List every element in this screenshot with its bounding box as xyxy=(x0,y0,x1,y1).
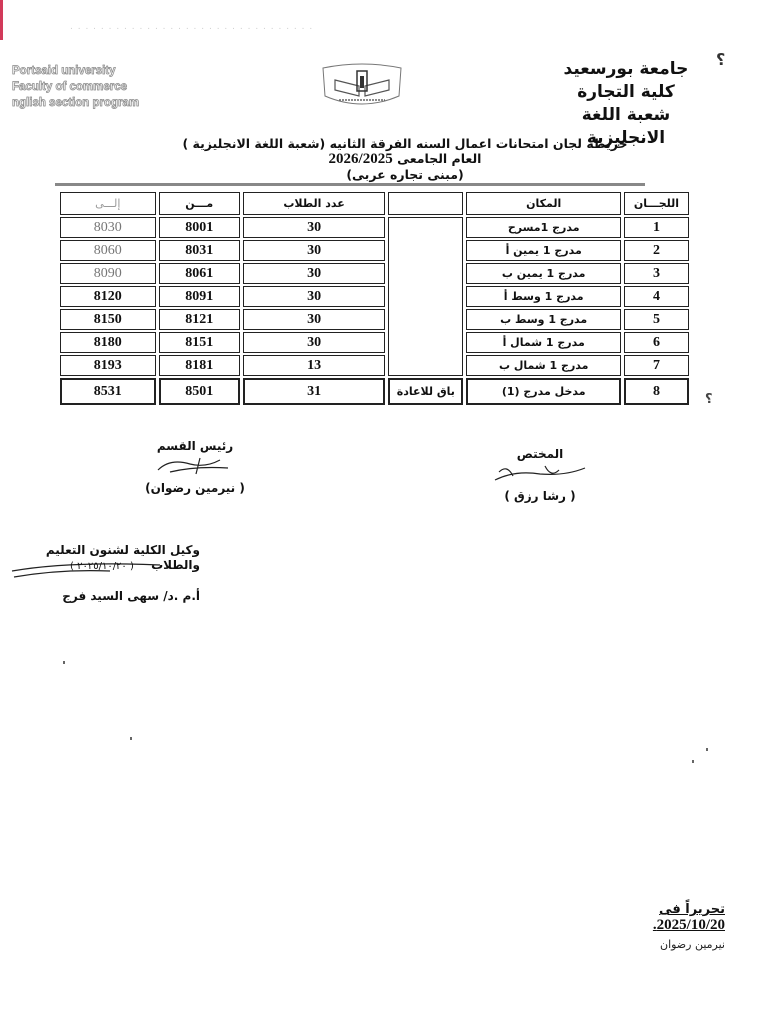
cell-committee: 7 xyxy=(624,355,689,376)
document-author: نيرمين رضوان xyxy=(585,938,725,951)
issue-date-line: تحريراً فى 2025/10/20. xyxy=(585,902,725,934)
cell-from: 8181 xyxy=(159,355,240,376)
cell-committee: 8 xyxy=(624,378,689,405)
cell-to: 8090 xyxy=(60,263,156,284)
cell-students-count: 13 xyxy=(243,355,385,376)
header-from: مـــن xyxy=(159,192,240,215)
cell-place: مدرج 1 يمين أ xyxy=(466,240,621,261)
faculty-name-en: Faculty of commerce xyxy=(12,79,187,95)
header-students-count: عدد الطلاب xyxy=(243,192,385,215)
dept-head-signature-block: رئيس القسم ( نيرمين رضوان) xyxy=(140,438,250,496)
cell-students-count: 30 xyxy=(243,309,385,330)
table-row: 4 مدرج 1 وسط أ 30 8091 8120 xyxy=(60,286,689,307)
faded-scan-text: . . . . . . . . . . . . . . . . . . . . … xyxy=(70,22,470,36)
header-place: المكان xyxy=(466,192,621,215)
academic-year-line: العام الجامعى 2026/2025 xyxy=(180,151,630,167)
cell-to: 8120 xyxy=(60,286,156,307)
issue-date-block: تحريراً فى 2025/10/20. نيرمين رضوان xyxy=(585,902,725,951)
cell-from: 8091 xyxy=(159,286,240,307)
table-row: 7 مدرج 1 شمال ب 13 8181 8193 xyxy=(60,355,689,376)
signature-scrawl-icon xyxy=(150,454,240,476)
cell-to: 8193 xyxy=(60,355,156,376)
dept-head-name: ( نيرمين رضوان) xyxy=(140,480,250,496)
cell-from: 8001 xyxy=(159,217,240,238)
table-row: 5 مدرج 1 وسط ب 30 8121 8150 xyxy=(60,309,689,330)
cell-from: 8501 xyxy=(159,378,240,405)
header-empty xyxy=(388,192,463,215)
specialist-name: ( رشا رزق ) xyxy=(480,488,600,504)
cell-place: مدرج 1 وسط أ xyxy=(466,286,621,307)
vice-dean-signature-block: وكيل الكلية لشنون التعليم والطلاب ( ٢٠٢٥… xyxy=(10,543,200,604)
cell-to: 8150 xyxy=(60,309,156,330)
institution-header-english: Portsaid university Faculty of commerce … xyxy=(12,63,187,111)
cell-place: مدرج 1مسرح xyxy=(466,217,621,238)
document-title: خريطه لجان امتحانات اعمال السنه الفرقة ا… xyxy=(180,136,630,182)
cell-from: 8151 xyxy=(159,332,240,353)
program-name-en: nglish section program xyxy=(12,95,187,111)
university-name-en: Portsaid university xyxy=(12,63,187,79)
building-name: (مبنى تجاره عربى) xyxy=(180,167,630,182)
table-top-rule xyxy=(55,183,645,186)
cell-students-count: 30 xyxy=(243,286,385,307)
faculty-name-ar: كلية التجارة xyxy=(546,81,706,104)
specialist-title: المختص xyxy=(480,446,600,462)
header-to: إلـــى xyxy=(60,192,156,215)
scan-edge-artifact xyxy=(0,0,3,40)
table-row-repeat-students: 8 مدخل مدرج (1) باق للاعادة 31 8501 8531 xyxy=(60,378,689,405)
cell-committee: 2 xyxy=(624,240,689,261)
handwritten-corner-mark: ؟ xyxy=(716,50,725,69)
committee-schedule-table: اللجـــان المكان عدد الطلاب مـــن إلـــى… xyxy=(57,190,692,407)
scan-speck xyxy=(130,737,132,740)
cell-committee: 1 xyxy=(624,217,689,238)
scan-speck xyxy=(692,760,694,763)
cell-to: 8531 xyxy=(60,378,156,405)
cell-students-count: 30 xyxy=(243,263,385,284)
table-row: 2 مدرج 1 يمين أ 30 8031 8060 xyxy=(60,240,689,261)
cell-from: 8121 xyxy=(159,309,240,330)
dept-head-title: رئيس القسم xyxy=(140,438,250,454)
cell-students-count: 31 xyxy=(243,378,385,405)
handwritten-side-mark: ؟ xyxy=(705,392,713,407)
cell-from: 8031 xyxy=(159,240,240,261)
cell-committee: 4 xyxy=(624,286,689,307)
signature-scrawl-icon xyxy=(485,462,595,484)
scan-speck xyxy=(63,661,65,664)
cell-to: 8060 xyxy=(60,240,156,261)
cell-students-count: 30 xyxy=(243,332,385,353)
cell-students-count: 30 xyxy=(243,217,385,238)
cell-place: مدرج 1 وسط ب xyxy=(466,309,621,330)
header-committee: اللجـــان xyxy=(624,192,689,215)
table-row: 3 مدرج 1 يمين ب 30 8061 8090 xyxy=(60,263,689,284)
issue-date-label: تحريراً فى xyxy=(659,902,725,917)
scan-speck xyxy=(706,748,708,751)
issue-date-value: 2025/10/20. xyxy=(653,917,725,933)
cell-empty-merged xyxy=(388,217,463,376)
table-row: 1 مدرج 1مسرح 30 8001 8030 xyxy=(60,217,689,238)
cell-students-count: 30 xyxy=(243,240,385,261)
cell-place: مدخل مدرج (1) xyxy=(466,378,621,405)
cell-committee: 3 xyxy=(624,263,689,284)
university-crest-icon xyxy=(319,62,405,108)
cell-to: 8030 xyxy=(60,217,156,238)
cell-committee: 5 xyxy=(624,309,689,330)
university-name-ar: جامعة بورسعيد xyxy=(546,58,706,81)
cell-place: مدرج 1 يمين ب xyxy=(466,263,621,284)
cell-remark: باق للاعادة xyxy=(388,378,463,405)
vice-dean-handwritten-date: ( ٢٠٢٥/١٠/٢٠ ) xyxy=(70,559,134,574)
cell-place: مدرج 1 شمال أ xyxy=(466,332,621,353)
table-header-row: اللجـــان المكان عدد الطلاب مـــن إلـــى xyxy=(60,192,689,215)
cell-place: مدرج 1 شمال ب xyxy=(466,355,621,376)
academic-year-value: 2026/2025 xyxy=(329,151,393,167)
specialist-signature-block: المختص ( رشا رزق ) xyxy=(480,446,600,504)
title-line: خريطه لجان امتحانات اعمال السنه الفرقة ا… xyxy=(180,136,630,151)
cell-to: 8180 xyxy=(60,332,156,353)
table-row: 6 مدرج 1 شمال أ 30 8151 8180 xyxy=(60,332,689,353)
academic-year-label: العام الجامعى xyxy=(397,151,481,166)
cell-committee: 6 xyxy=(624,332,689,353)
vice-dean-name: أ.م .د/ سهى السيد فرج xyxy=(10,589,200,604)
cell-from: 8061 xyxy=(159,263,240,284)
